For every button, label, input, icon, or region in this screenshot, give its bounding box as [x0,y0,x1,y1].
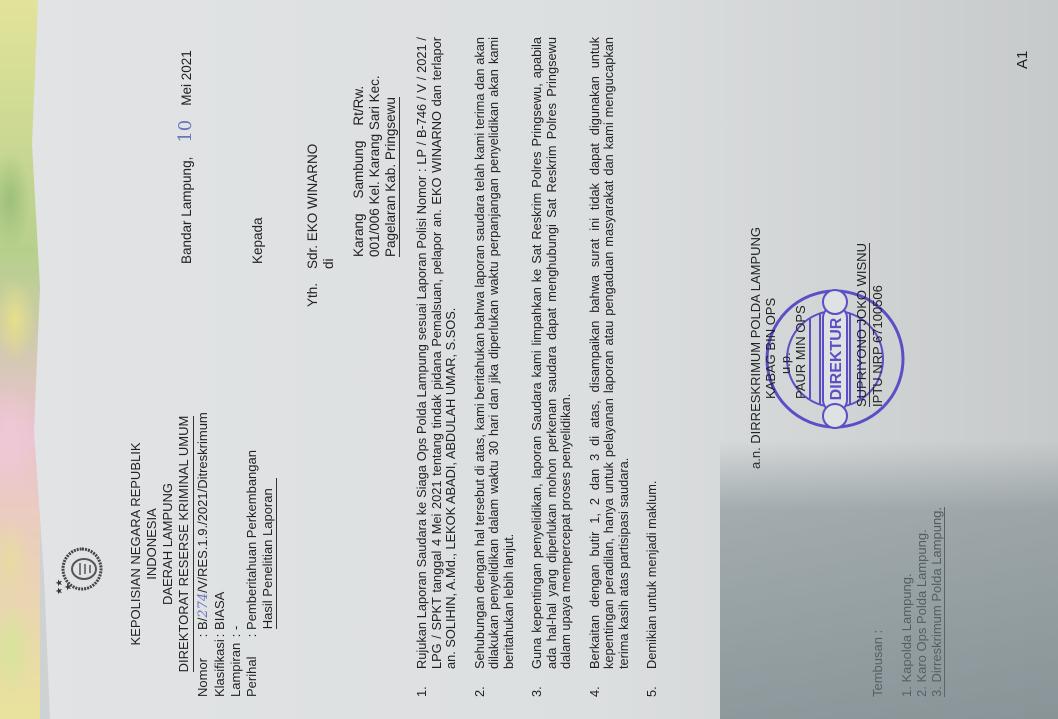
body-item: 3. Guna kepentingan penyelidikan, lapora… [530,37,574,697]
letterhead: KEPOLISIAN NEGARA REPUBLIK INDONESIA DAE… [128,409,194,679]
address-line-2: 001/006 Kel. Karang Sari Kec. [367,47,383,257]
police-emblem-icon: ★★ ★ [50,541,106,601]
recipient-name: Sdr. EKO WINARNO [305,144,320,269]
recipient-di: di [321,47,337,269]
nomor-label: Nomor [195,637,212,697]
signature-line-3: u.p. [778,169,793,374]
signatory-rank-nrp: IPTU NRP 67100506 [870,169,885,407]
body-item: 1. Rujukan Laporan Saudara ke Siaga Ops … [415,37,459,697]
signatory-name: SUPRIYONO JOKO WISNU [854,243,870,407]
nomor-prefix: : B/ [195,618,210,638]
body-item-text: Berkaitan dengan butir 1, 2 dan 3 di ata… [588,37,632,669]
klasifikasi-value: : BIASA [212,410,228,637]
lampiran-value: : - [228,410,244,637]
body-item-number: 5. [645,669,660,697]
recipient-address: Karang Sambung Rt/Rw. 001/006 Kel. Karan… [351,47,400,257]
tembusan-item: 2. Karo Ops Polda Lampung. [914,507,929,697]
body-item-number: 4. [588,669,632,697]
body-item-number: 1. [415,669,459,697]
tembusan-block: Tembusan : 1. Kapolda Lampung. 2. Karo O… [870,507,944,697]
body-item-text: Guna kepentingan penyelidikan, laporan S… [530,37,574,669]
date-line: Bandar Lampung,10Mei 2021 [178,50,194,264]
body-item: 4. Berkaitan dengan butir 1, 2 dan 3 di … [588,37,632,697]
recipient-block: Yth.Sdr. EKO WINARNO di Karang Sambung R… [305,47,400,307]
tembusan-item: 3. Dirreskrimum Polda Lampung. [929,507,945,697]
body-item-text: Rujukan Laporan Saudara ke Siaga Ops Pol… [415,37,459,669]
signature-line-2: KABAG BIN OPS [763,169,778,399]
letter-document: ★★ ★ KEPOLISIAN NEGARA REPUBLIK INDONESI… [0,0,1058,719]
nomor-suffix: /V/RES.1.9./2021/Ditreskrimum [195,412,210,593]
date-day-handwritten: 10 [175,120,196,143]
address-line-1: Karang Sambung Rt/Rw. [351,47,367,257]
body-item: 5. Demikian untuk menjadi maklum. [645,37,660,697]
tembusan-item: 1. Kapolda Lampung. [899,507,914,697]
nomor-handwritten: 274 [196,593,211,618]
yth-label: Yth. [305,269,321,307]
signature-block: a.n. DIRRESKRIMUM POLDA LAMPUNG KABAG BI… [748,169,885,469]
letter-body: 1. Rujukan Laporan Saudara ke Siaga Ops … [415,37,674,697]
body-item: 2. Sehubungan dengan hal tersebut di ata… [473,37,517,697]
page-id: A1 [1015,51,1030,69]
letterhead-line-2: DAERAH LAMPUNG [160,409,176,679]
signature-line-1: a.n. DIRRESKRIMUM POLDA LAMPUNG [748,169,763,469]
body-item-text: Demikian untuk menjadi maklum. [645,37,660,669]
signature-line-4: PAUR MIN OPS [793,169,808,399]
address-line-3: Pagelaran Kab. Pringsewu [383,97,400,257]
date-place: Bandar Lampung, [179,157,194,264]
letterhead-line-1: KEPOLISIAN NEGARA REPUBLIK INDONESIA [128,409,160,679]
perihal-label: Perihal [244,637,277,697]
klasifikasi-label: Klasifikasi [212,637,228,697]
letterhead-line-3: DIREKTORAT RESERSE KRIMINAL UMUM [176,416,194,673]
kepada-label: Kepada [250,217,265,264]
body-item-number: 3. [530,669,574,697]
body-item-number: 2. [473,669,517,697]
perihal-value-2: Hasil Penelitian Laporan [260,478,277,629]
date-month-year: Mei 2021 [179,50,194,106]
body-item-text: Sehubungan dengan hal tersebut di atas, … [473,37,517,669]
lampiran-label: Lampiran [228,637,244,697]
letter-meta: Nomor : B/274/V/RES.1.9./2021/Ditreskrim… [195,410,277,697]
perihal-value-1: : Pemberitahuan Perkembangan [244,412,260,637]
tembusan-label: Tembusan : [870,507,885,697]
